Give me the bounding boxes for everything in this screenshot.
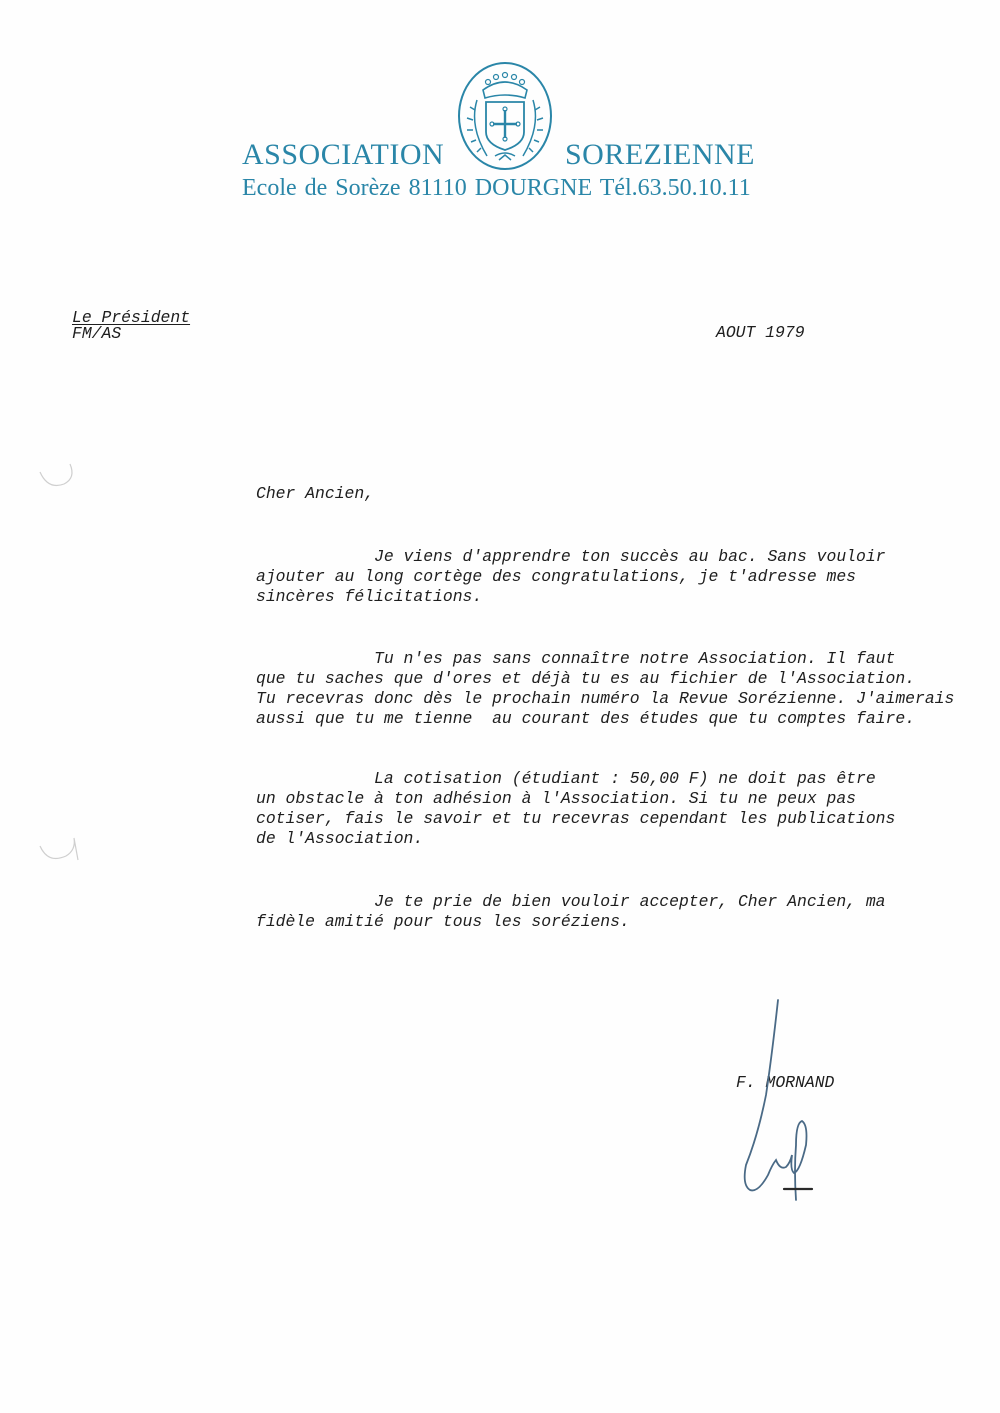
organization-address: Ecole de Sorèze 81110 DOURGNE Tél.63.50.… (242, 176, 751, 200)
sender-reference: FM/AS (72, 324, 121, 344)
paragraph-association: Tu n'es pas sans connaître notre Associa… (256, 649, 954, 729)
paragraph-membership-fee: La cotisation (étudiant : 50,00 F) ne do… (256, 769, 895, 849)
letter-date: AOUT 1979 (716, 323, 805, 343)
coat-of-arms-crest-icon (455, 60, 555, 172)
paragraph-congratulations: Je viens d'apprendre ton succès au bac. … (256, 547, 886, 607)
letter-page: ASSOCIATION SOREZIENNE Ecole de Sorèze 8… (0, 0, 1000, 1413)
organization-name-left: ASSOCIATION (242, 140, 444, 170)
salutation: Cher Ancien, (256, 484, 374, 504)
punch-hole-mark-icon (30, 450, 90, 510)
punch-hole-mark-icon (30, 820, 90, 880)
organization-name-right: SOREZIENNE (565, 140, 755, 170)
paragraph-closing: Je te prie de bien vouloir accepter, Che… (256, 892, 886, 932)
handwritten-signature-icon (728, 995, 838, 1205)
